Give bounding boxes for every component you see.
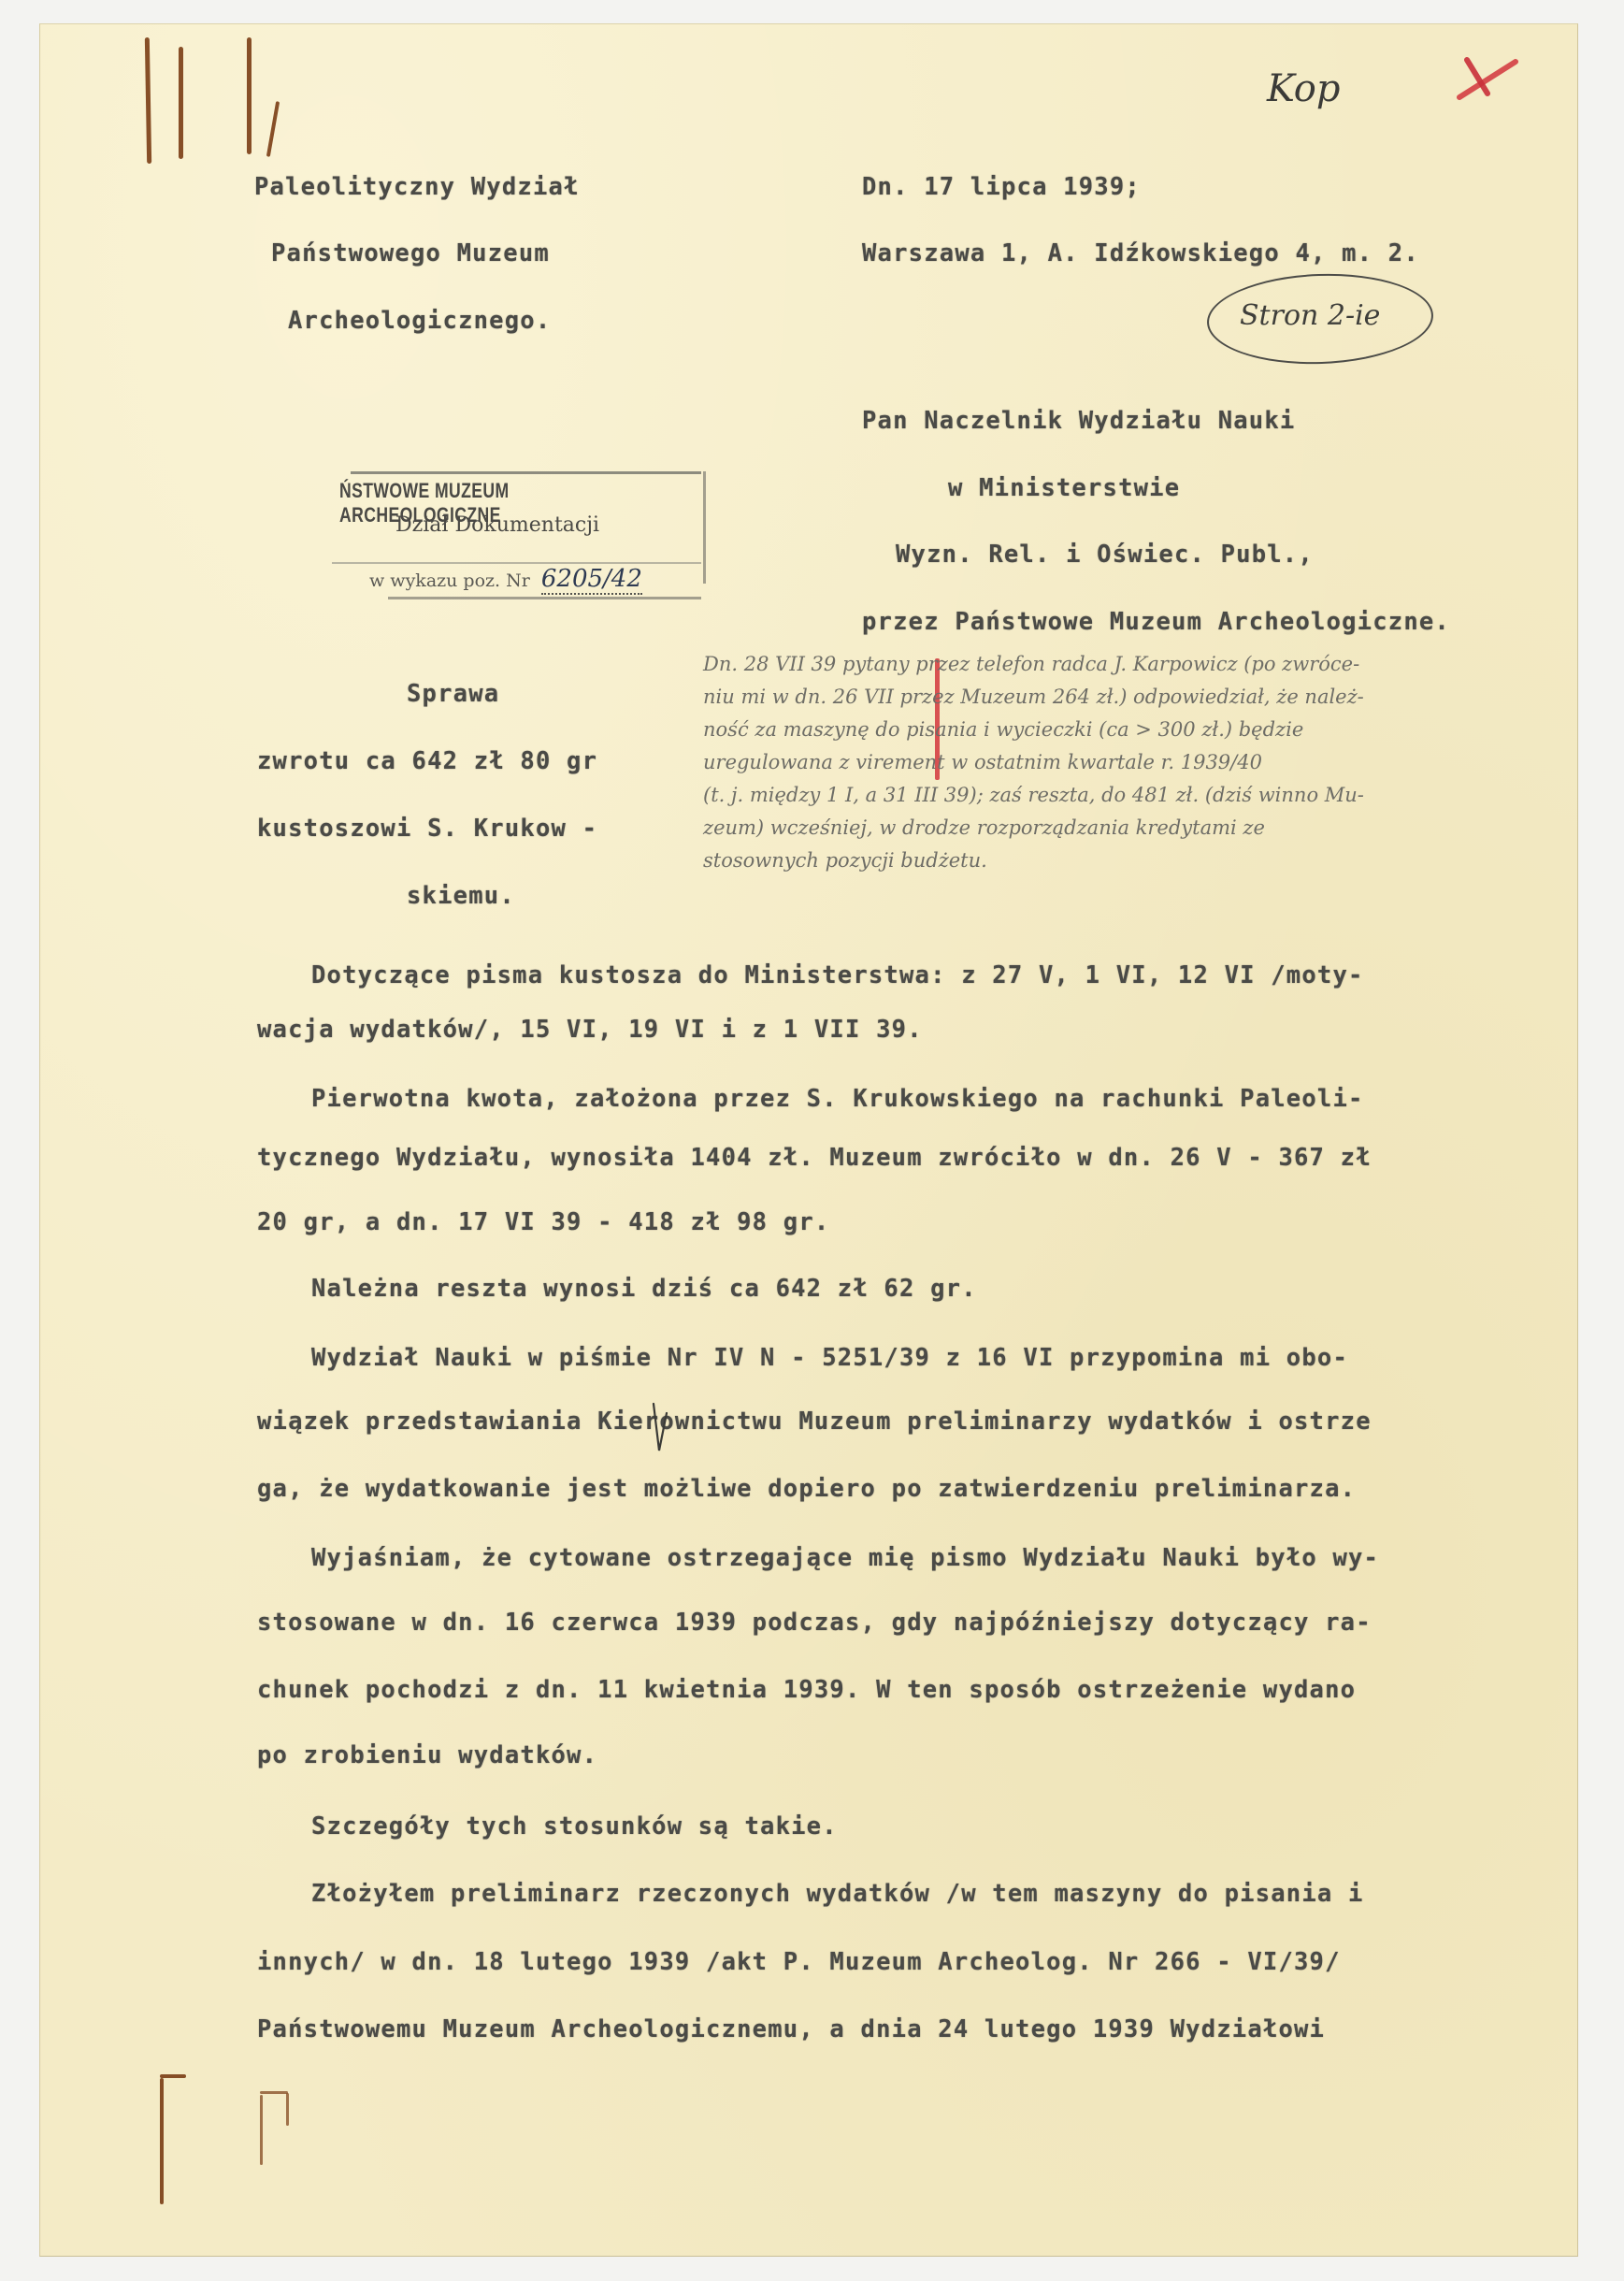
sender-line-1: Paleolityczny Wydział <box>254 173 580 201</box>
check-mark-icon <box>652 1402 668 1452</box>
stamp-department: Dział Dokumentacji <box>395 513 599 537</box>
sender-line-2: Państwowego Muzeum <box>271 239 550 267</box>
archive-stamp: ŃSTWOWE MUZEUM ARCHEOLOGICZNE Dział Doku… <box>332 466 706 597</box>
body-line: Szczegóły tych stosunków są takie. <box>311 1812 838 1841</box>
scan-background: Kop Paleolityczny Wydział Państwowego Mu… <box>0 0 1624 2281</box>
body-line: Należna reszta wynosi dziś ca 642 zł 62 … <box>311 1275 977 1303</box>
pencil-note-line: Dn. 28 VII 39 pytany przez telefon radca… <box>703 653 1359 675</box>
body-line: po zrobieniu wydatków. <box>257 1741 597 1769</box>
recipient-line-3: Wyzn. Rel. i Oświec. Publ., <box>896 541 1314 569</box>
recipient-line-4: przez Państwowe Muzeum Archeologiczne. <box>862 608 1450 636</box>
recipient-line-1: Pan Naczelnik Wydziału Nauki <box>862 407 1295 435</box>
body-line: tycznego Wydziału, wynosiła 1404 zł. Muz… <box>257 1144 1372 1172</box>
pencil-note-line: zeum) wcześniej, w drodze rozporządzania… <box>703 816 1265 839</box>
pencil-note-line: uregulowana z virement w ostatnim kwarta… <box>703 751 1262 773</box>
body-line: Pierwotna kwota, założona przez S. Kruko… <box>311 1085 1364 1113</box>
subject-line-4: skiemu. <box>407 882 515 910</box>
body-line: ga, że wydatkowanie jest możliwe dopiero… <box>257 1475 1356 1503</box>
body-line: Wydział Nauki w piśmie Nr IV N - 5251/39… <box>311 1344 1348 1372</box>
circled-note: Stron 2-ie <box>1240 299 1380 332</box>
stamp-border <box>703 471 706 584</box>
stamp-register-number: 6205/42 <box>541 565 642 595</box>
body-line: 20 gr, a dn. 17 VI 39 - 418 zł 98 gr. <box>257 1208 829 1236</box>
stamp-border <box>351 471 701 474</box>
sender-line-3: Archeologicznego. <box>288 307 551 335</box>
body-line: wiązek przedstawiania Kierownictwu Muzeu… <box>257 1408 1372 1436</box>
subject-line-2: zwrotu ca 642 zł 80 gr <box>257 747 597 775</box>
body-line: innych/ w dn. 18 lutego 1939 /akt P. Muz… <box>257 1948 1341 1976</box>
body-line: Dotyczące pisma kustosza do Ministerstwa… <box>311 961 1364 989</box>
stamp-register-label: w wykazu poz. Nr <box>369 570 530 591</box>
address-line: Warszawa 1, A. Idźkowskiego 4, m. 2. <box>862 239 1419 267</box>
pencil-note-line: (t. j. między 1 I, a 31 III 39); zaś res… <box>703 784 1364 806</box>
body-line: Państwowemu Muzeum Archeologicznemu, a d… <box>257 2015 1325 2043</box>
red-x-mark-icon <box>1454 56 1519 103</box>
body-line: Wyjaśniam, że cytowane ostrzegające mię … <box>311 1544 1379 1572</box>
body-line: Złożyłem preliminarz rzeczonych wydatków… <box>311 1880 1364 1908</box>
pencil-note-line: stosownych pozycji budżetu. <box>703 849 987 872</box>
body-line: chunek pochodzi z dn. 11 kwietnia 1939. … <box>257 1676 1356 1704</box>
body-line: stosowane w dn. 16 czerwca 1939 podczas,… <box>257 1609 1372 1637</box>
recipient-line-2: w Ministerstwie <box>948 474 1180 502</box>
date-line: Dn. 17 lipca 1939; <box>862 173 1141 201</box>
subject-line-3: kustoszowi S. Krukow - <box>257 815 597 843</box>
stamp-border <box>388 597 701 599</box>
body-line: wacja wydatków/, 15 VI, 19 VI i z 1 VII … <box>257 1016 923 1044</box>
handwritten-kop: Kop <box>1267 67 1341 110</box>
pencil-note-line: ność za maszynę do pisania i wycieczki (… <box>703 718 1303 741</box>
stamp-register-line: w wykazu poz. Nr 6205/42 <box>369 565 642 593</box>
subject-line-1: Sprawa <box>407 680 499 708</box>
pencil-note-line: niu mi w dn. 26 VII przez Muzeum 264 zł.… <box>703 686 1364 708</box>
stamp-divider <box>332 562 701 564</box>
